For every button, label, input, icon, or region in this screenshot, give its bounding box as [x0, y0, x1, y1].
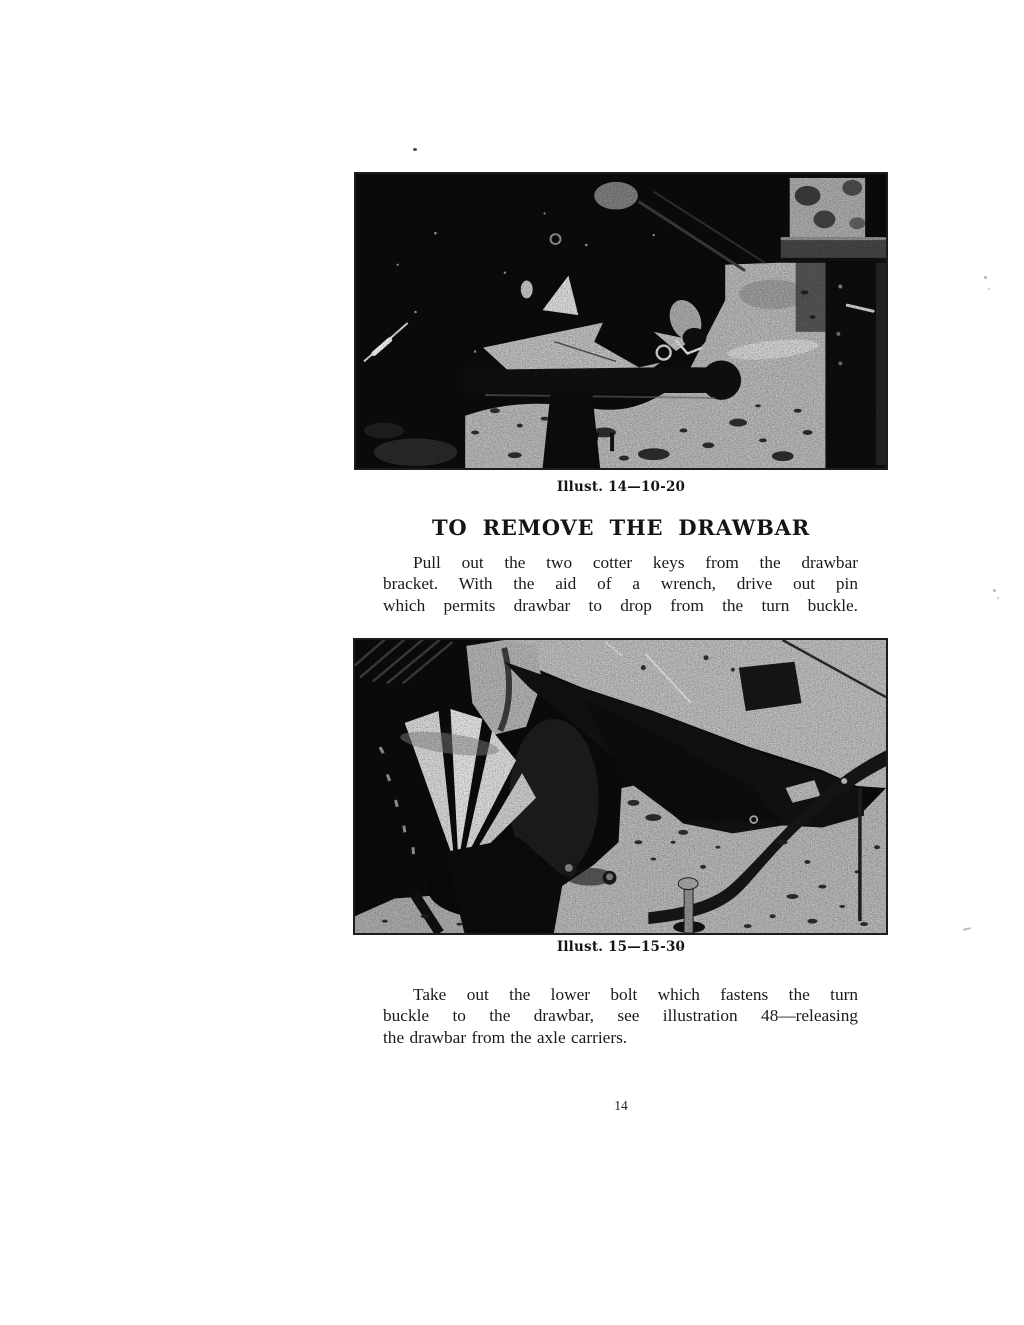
paragraph-line: Take out the lower bolt which fastens th…	[383, 984, 858, 1005]
figure1-caption: Illust. 14—10-20	[354, 479, 888, 495]
wheel-drawbar-photo	[355, 640, 886, 933]
illustration-photo-2	[353, 638, 888, 935]
scan-artifact-dot	[997, 597, 999, 599]
scan-artifact-dot	[993, 589, 996, 592]
scan-artifact-dot	[413, 148, 417, 151]
paragraph-1: Pull out the two cotter keys from the dr…	[383, 552, 858, 616]
paragraph-line: Pull out the two cotter keys from the dr…	[383, 552, 858, 573]
manual-scanned-page: Illust. 14—10-20 TO REMOVE THE DRAWBAR P…	[0, 0, 1024, 1325]
paragraph-2: Take out the lower bolt which fastens th…	[383, 984, 858, 1048]
scan-artifact-dot	[988, 288, 990, 290]
drawbar-cotter-key-photo	[356, 174, 886, 468]
scan-artifact-dot	[984, 276, 987, 279]
paragraph-line: bracket. With the aid of a wrench, drive…	[383, 573, 858, 594]
page-number: 14	[354, 1098, 888, 1114]
scan-artifact-mark	[963, 927, 971, 931]
figure2-caption: Illust. 15—15-30	[354, 939, 888, 955]
paragraph-line: the drawbar from the axle carriers.	[383, 1027, 858, 1048]
paragraph-line: which permits drawbar to drop from the t…	[383, 595, 858, 616]
illustration-photo-1	[354, 172, 888, 470]
section-title: TO REMOVE THE DRAWBAR	[354, 515, 888, 540]
paragraph-line: buckle to the drawbar, see illustration …	[383, 1005, 858, 1026]
